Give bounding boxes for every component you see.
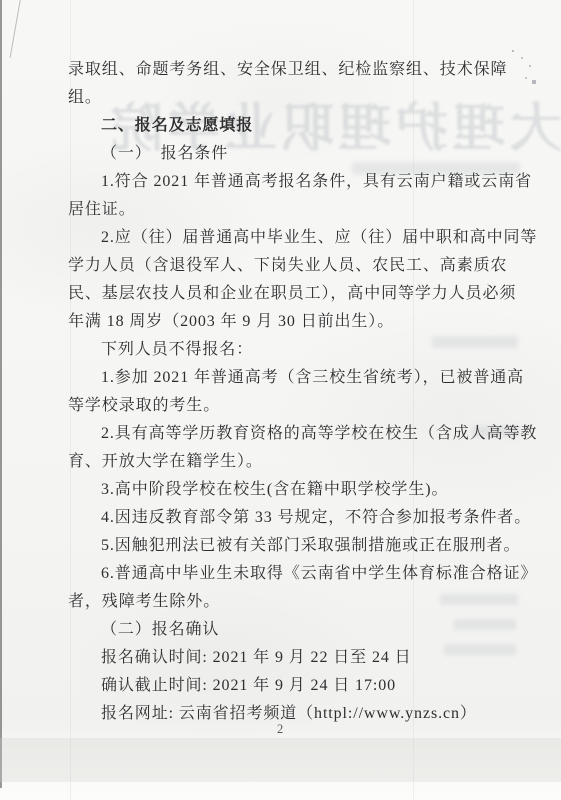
text-line: 6.普通高中毕业生未取得《云南省中学生体育标准合格证》 [68, 560, 520, 588]
text-line: 等学校录取的考生。 [68, 392, 520, 420]
scan-edge-line [0, 0, 2, 788]
scanned-document-page: 大理护理职业学院 录取组、命题考务组、安全保卫组、纪检监察组、技术保障组。二、报… [0, 0, 561, 800]
text-line: 者，残障考生除外。 [68, 588, 520, 616]
text-line: 1.符合 2021 年普通高考报名条件，具有云南户籍或云南省 [68, 168, 520, 196]
text-line: 组。 [68, 84, 520, 112]
text-line: （二）报名确认 [68, 616, 520, 644]
text-line: 录取组、命题考务组、安全保卫组、纪检监察组、技术保障 [68, 56, 520, 84]
text-line: 报名网址: 云南省招考频道（httpl://www.ynzs.cn） [68, 700, 520, 728]
text-line: 二、报名及志愿填报 [68, 112, 520, 140]
text-line: 年满 18 周岁（2003 年 9 月 30 日前出生）。 [68, 308, 520, 336]
scan-shadow-band [0, 738, 561, 782]
text-line: 下列人员不得报名： [68, 336, 520, 364]
text-line: 2.具有高等学历教育资格的高等学校在校生（含成人高等教 [68, 420, 520, 448]
text-line: 民、基层农技人员和企业在职员工），高中同等学力人员必须 [68, 280, 520, 308]
page-number: 2 [277, 722, 283, 737]
text-line: 5.因触犯刑法已被有关部门采取强制措施或正在服刑者。 [68, 532, 520, 560]
text-line: 育、开放大学在籍学生）。 [68, 448, 520, 476]
text-line: 学力人员（含退役军人、下岗失业人员、农民工、高素质农 [68, 252, 520, 280]
scan-specks [512, 50, 514, 52]
text-line: 3.高中阶段学校在校生(含在籍中职学校学生)。 [68, 476, 520, 504]
text-line: 2.应（往）届普通高中毕业生、应（往）届中职和高中同等 [68, 224, 520, 252]
text-line: 1.参加 2021 年普通高考（含三校生省统考），已被普通高 [68, 364, 520, 392]
text-line: 4.因违反教育部令第 33 号规定，不符合参加报考条件者。 [68, 504, 520, 532]
text-line: （一） 报名条件 [68, 140, 520, 168]
text-line: 居住证。 [68, 196, 520, 224]
document-lines: 录取组、命题考务组、安全保卫组、纪检监察组、技术保障组。二、报名及志愿填报（一）… [68, 56, 520, 728]
text-line: 报名确认时间: 2021 年 9 月 22 日至 24 日 [68, 644, 520, 672]
text-line: 确认截止时间: 2021 年 9 月 24 日 17:00 [68, 672, 520, 700]
